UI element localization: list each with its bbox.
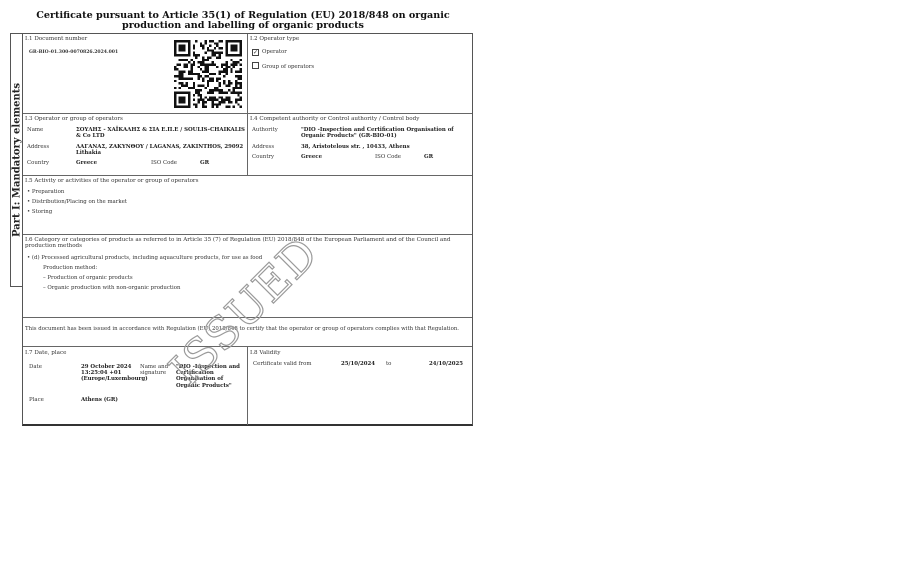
activity-item: • Preparation (27, 189, 64, 195)
statement-text: This document has been issued in accorda… (25, 326, 465, 332)
operator-type-group[interactable]: Group of operators (252, 62, 314, 70)
activity-text: Preparation (32, 189, 64, 195)
production-method-item: – Production of organic products (43, 275, 133, 281)
method-text: Organic production with non-organic prod… (47, 285, 180, 291)
section-i5: I.5 Activity or activities of the operat… (23, 176, 472, 235)
product-category: • (d) Processed agricultural products, i… (27, 255, 262, 261)
valid-from-label: Certificate valid from (253, 361, 311, 367)
option-label: Group of operators (262, 64, 314, 70)
i7-label: I.7 Date, place (25, 350, 66, 356)
activity-item: • Distribution/Placing on the market (27, 199, 127, 205)
operator-country: Greece (76, 160, 97, 166)
certificate-form: I.1 Document number GR-BIO-01.300-007082… (22, 33, 473, 426)
operator-type-operator[interactable]: ✓Operator (252, 49, 287, 56)
production-method-item: – Organic production with non-organic pr… (43, 285, 181, 291)
production-method-heading: Production method: (43, 265, 97, 271)
to-label: to (386, 361, 391, 367)
i8-label: I.8 Validity (250, 350, 281, 356)
authority-label: Authority (252, 127, 278, 133)
qr-code-icon (174, 40, 242, 108)
place-value: Athens (GR) (81, 397, 118, 403)
country-label: Country (27, 160, 49, 166)
section-i1: I.1 Document number GR-BIO-01.300-007082… (23, 34, 248, 114)
i1-label: I.1 Document number (25, 36, 87, 42)
address-label: Address (252, 144, 274, 150)
signature-label: Name and signature (140, 364, 174, 376)
section-i3: I.3 Operator or group of operators Name … (23, 114, 248, 176)
activity-text: Distribution/Placing on the market (32, 199, 127, 205)
authority-address: 38, Aristotelous str. , 10433, Athens (301, 144, 410, 150)
operator-address: ΛΑΓΑΝΑΣ, ΖΑΚΥΝΘΟΥ / LAGANAS, ZAKINTHOS, … (76, 144, 246, 157)
section-i4: I.4 Competent authority or Control autho… (248, 114, 472, 176)
i5-label: I.5 Activity or activities of the operat… (25, 178, 198, 184)
place-label: Place (29, 397, 44, 403)
activity-item: • Storing (27, 209, 52, 215)
authority-value: "DIO -Inspection and Certification Organ… (301, 127, 469, 140)
section-i8: I.8 Validity Certificate valid from 25/1… (248, 347, 472, 425)
valid-to-date: 24/10/2025 (429, 361, 463, 367)
date-value: 29 October 2024 13:25:04 +01 (Europe/Lux… (81, 364, 133, 383)
section-i6: I.6 Category or categories of products a… (23, 235, 472, 318)
section-i2: I.2 Operator type ✓Operator Group of ope… (248, 34, 472, 114)
date-label: Date (29, 364, 42, 370)
authority-country: Greece (301, 154, 322, 160)
iso-label: ISO Code (375, 154, 401, 160)
activity-text: Storing (32, 209, 52, 215)
operator-name: ΣΟΥΛΗΣ - ΧΑΪΚΑΛΗΣ & ΣΙΑ Ε.Π.Ε / SOULIS-C… (76, 127, 246, 140)
certificate-title: Certificate pursuant to Article 35(1) of… (10, 11, 476, 31)
compliance-statement: This document has been issued in accorda… (23, 318, 472, 347)
name-label: Name (27, 127, 43, 133)
authority-iso: GR (424, 154, 433, 160)
document-number: GR-BIO-01.300-0070826.2024.001 (29, 50, 118, 55)
i2-label: I.2 Operator type (250, 36, 299, 42)
operator-iso: GR (200, 160, 209, 166)
iso-label: ISO Code (151, 160, 177, 166)
address-label: Address (27, 144, 49, 150)
valid-from-date: 25/10/2024 (341, 361, 375, 367)
i6-label: I.6 Category or categories of products a… (25, 237, 469, 249)
option-label: Operator (262, 49, 287, 55)
checkbox-unchecked-icon[interactable] (252, 62, 259, 69)
part-sidebar: Part I: Mandatory elements (10, 33, 22, 287)
part-label: Part I: Mandatory elements (11, 83, 22, 237)
i3-label: I.3 Operator or group of operators (25, 116, 123, 122)
checkbox-checked-icon[interactable]: ✓ (252, 49, 259, 56)
i4-label: I.4 Competent authority or Control autho… (250, 116, 419, 122)
method-text: Production of organic products (47, 275, 132, 281)
country-label: Country (252, 154, 274, 160)
category-text: (d) Processed agricultural products, inc… (32, 255, 262, 261)
signature-value: "DIO -Inspection and Certification Organ… (176, 364, 242, 389)
section-i7: I.7 Date, place Date 29 October 2024 13:… (23, 347, 248, 425)
